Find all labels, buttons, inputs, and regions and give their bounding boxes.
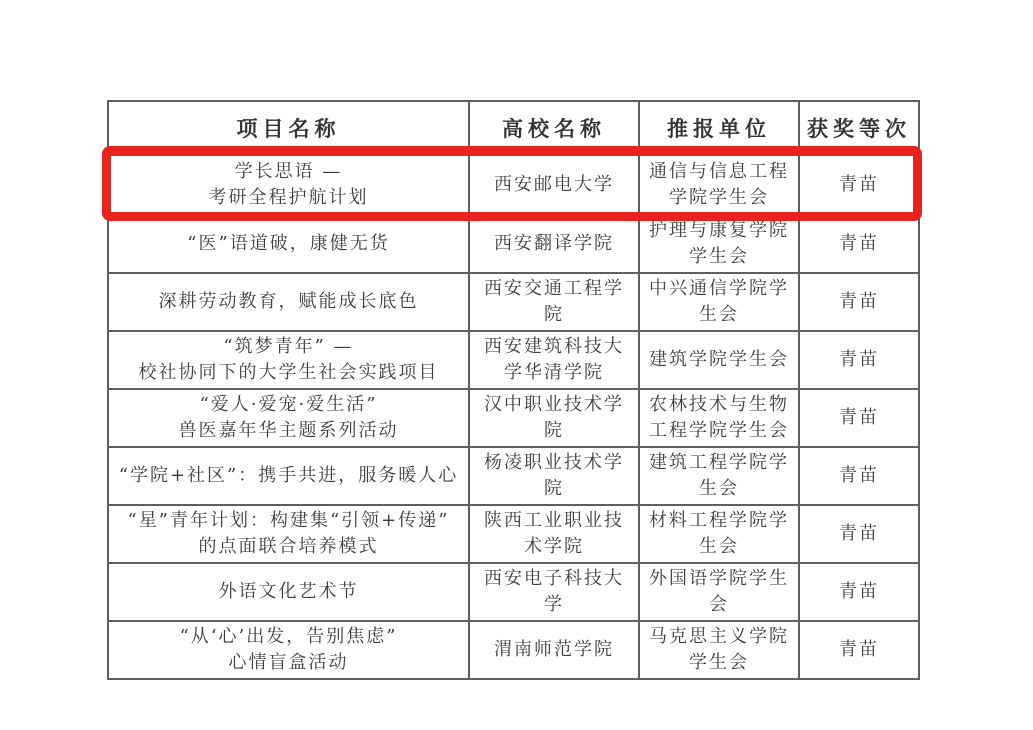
project-cell: “医”语道破，康健无货 — [108, 215, 469, 273]
project-cell: “星”青年计划：构建集“引领+传递” 的点面联合培养模式 — [108, 505, 469, 563]
award-cell: 青苗 — [799, 273, 919, 331]
table-row: “医”语道破，康健无货 西安翻译学院 护理与康复学院 学生会 青苗 — [108, 215, 919, 273]
unit-cell: 农林技术与生物 工程学院学生会 — [639, 389, 799, 447]
table-row: “星”青年计划：构建集“引领+传递” 的点面联合培养模式 陕西工业职业技 术学院… — [108, 505, 919, 563]
university-cell: 西安交通工程学 院 — [469, 273, 639, 331]
unit-cell: 外国语学院学生 会 — [639, 563, 799, 621]
university-cell: 西安建筑科技大 学华清学院 — [469, 331, 639, 389]
document-page: 项目名称 高校名称 推报单位 获奖等次 学长思语 — 考研全程护航计划 西安邮电… — [0, 0, 1033, 730]
university-cell: 陕西工业职业技 术学院 — [469, 505, 639, 563]
award-cell: 青苗 — [799, 215, 919, 273]
project-cell: “爱人·爱宠·爱生活” 兽医嘉年华主题系列活动 — [108, 389, 469, 447]
table-row: “筑梦青年” — 校社协同下的大学生社会实践项目 西安建筑科技大 学华清学院 建… — [108, 331, 919, 389]
table-row: “从‘心’出发，告别焦虑” 心情盲盒活动 渭南师范学院 马克思主义学院 学生会 … — [108, 621, 919, 679]
university-cell: 汉中职业技术学 院 — [469, 389, 639, 447]
award-cell: 青苗 — [799, 331, 919, 389]
project-cell: 外语文化艺术节 — [108, 563, 469, 621]
unit-cell: 材料工程学院学 生会 — [639, 505, 799, 563]
unit-cell: 马克思主义学院 学生会 — [639, 621, 799, 679]
unit-cell: 护理与康复学院 学生会 — [639, 215, 799, 273]
unit-cell: 中兴通信学院学 生会 — [639, 273, 799, 331]
university-cell: 杨凌职业技术学 院 — [469, 447, 639, 505]
highlight-rectangle — [102, 146, 922, 221]
university-cell: 西安电子科技大 学 — [469, 563, 639, 621]
table-row: 深耕劳动教育，赋能成长底色 西安交通工程学 院 中兴通信学院学 生会 青苗 — [108, 273, 919, 331]
award-cell: 青苗 — [799, 505, 919, 563]
award-cell: 青苗 — [799, 447, 919, 505]
unit-cell: 建筑工程学院学 生会 — [639, 447, 799, 505]
table-row: “学院+社区”：携手共进，服务暖人心 杨凌职业技术学 院 建筑工程学院学 生会 … — [108, 447, 919, 505]
award-cell: 青苗 — [799, 563, 919, 621]
table-row: 外语文化艺术节 西安电子科技大 学 外国语学院学生 会 青苗 — [108, 563, 919, 621]
unit-cell: 建筑学院学生会 — [639, 331, 799, 389]
project-cell: “学院+社区”：携手共进，服务暖人心 — [108, 447, 469, 505]
project-cell: “从‘心’出发，告别焦虑” 心情盲盒活动 — [108, 621, 469, 679]
table-row: “爱人·爱宠·爱生活” 兽医嘉年华主题系列活动 汉中职业技术学 院 农林技术与生… — [108, 389, 919, 447]
university-cell: 渭南师范学院 — [469, 621, 639, 679]
award-cell: 青苗 — [799, 389, 919, 447]
university-cell: 西安翻译学院 — [469, 215, 639, 273]
project-cell: “筑梦青年” — 校社协同下的大学生社会实践项目 — [108, 331, 469, 389]
project-cell: 深耕劳动教育，赋能成长底色 — [108, 273, 469, 331]
award-cell: 青苗 — [799, 621, 919, 679]
